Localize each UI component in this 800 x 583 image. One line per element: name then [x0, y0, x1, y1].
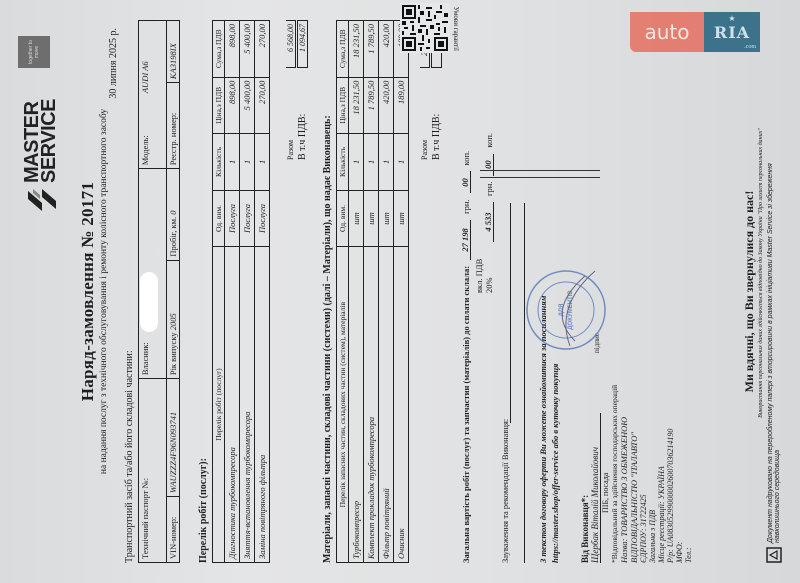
- works-row: Заміна повітряного фільтраПослуга1270,00…: [255, 21, 270, 563]
- works-col-sum: Сума,з ПДВ: [213, 21, 225, 78]
- brand-tagline: together to move: [28, 36, 40, 68]
- footer-eco: Документ надруковано на переробленому па…: [767, 163, 781, 543]
- materials-cell-name: Комплект прокладок турбокомпресора: [364, 247, 379, 563]
- watermark-auto: auto: [630, 12, 704, 52]
- footer-eco-line-1: Документ надруковано на переробленому па…: [767, 163, 774, 543]
- grand-total-kop-label: коп.: [461, 151, 471, 166]
- watermark-domain: .com: [744, 44, 756, 50]
- executor-label: Від Виконавця*:: [580, 333, 590, 563]
- works-cell-sum: 898,00: [225, 21, 240, 78]
- materials-cell-unit: шт: [349, 190, 364, 247]
- footer-privacy: Використання персональних даних здійснює…: [758, 3, 764, 543]
- materials-cell-sum: 18 231,50: [349, 21, 364, 78]
- grand-total-vat-label: вкл. ПДВ 20%: [474, 248, 494, 293]
- materials-cell-price: 189,00: [394, 77, 409, 134]
- works-cell-price: 270,00: [255, 77, 270, 134]
- works-cell-qty: 1: [240, 134, 255, 191]
- grand-total-vat-currency: грн.: [484, 182, 494, 196]
- works-cell-unit: Послуга: [225, 190, 240, 247]
- grand-total-currency: грн.: [461, 199, 471, 213]
- works-col-qty: Кількість: [213, 134, 225, 191]
- owner-cell: Власник:: [139, 169, 167, 379]
- work-order-document: MASTER SERVICE together to move Наряд-за…: [0, 0, 800, 583]
- executor-block: Від Виконавця*: Щербак Віталій Миколайов…: [580, 333, 693, 563]
- materials-cell-price: 1 789,50: [364, 77, 379, 134]
- materials-cell-qty: 1: [379, 134, 394, 191]
- vin-value: WAUZZZ4F96N093741: [167, 379, 180, 497]
- works-cell-qty: 1: [225, 134, 240, 191]
- remarks-label: Зауваження та рекомендації Виконавця:: [500, 419, 510, 563]
- owner-label: Власник:: [140, 342, 150, 375]
- brand-tagline-box: together to move: [18, 36, 50, 68]
- materials-total-label: Разом: [420, 140, 430, 160]
- mileage-cell: Пробіг, км. 0: [167, 169, 180, 260]
- works-cell-sum: 270,00: [255, 21, 270, 78]
- executor-name: Щербак Віталій Миколайович: [590, 413, 601, 563]
- watermark-star-icon: ★: [728, 14, 735, 23]
- materials-vat-label: В т.ч ПДВ:: [431, 114, 442, 160]
- materials-cell-qty: 1: [364, 134, 379, 191]
- materials-row: Комплект прокладок турбокомпресорашт11 7…: [364, 21, 379, 563]
- company-line-1: ТОВАРИСТВО З ОБМЕЖЕНОЮ: [619, 417, 629, 537]
- mileage-label: Пробіг, км.: [168, 217, 178, 257]
- grand-total-vat-kop: 00: [483, 154, 494, 176]
- document-date: 30 липня 2025 р.: [108, 28, 119, 99]
- materials-cell-unit: шт: [394, 190, 409, 247]
- grand-total-vat-kop-label: коп.: [484, 133, 494, 148]
- materials-row: Фільтр повітрянийшт1420,00420,00: [379, 21, 394, 563]
- works-vat-value: 1 094,67: [297, 20, 308, 68]
- works-cell-name: Заміна повітряного фільтра: [255, 247, 270, 563]
- grand-total-uah: 27 198: [460, 220, 471, 260]
- grand-total-label: Загальна вартість робіт (послуг) та запч…: [461, 266, 471, 563]
- materials-section-label: Матеріали, запасні частини, складові час…: [322, 115, 333, 563]
- grand-total-block: Загальна вартість робіт (послуг) та запч…: [460, 133, 494, 563]
- owner-redacted: [140, 272, 158, 332]
- tech-passport-label: Технічний паспорт №:: [140, 478, 150, 559]
- year-cell: Рік випуску 2005: [167, 260, 180, 379]
- materials-cell-price: 18 231,50: [349, 77, 364, 134]
- watermark-ria: RIA ★ .com: [704, 12, 760, 52]
- works-totals: Разом 6 568,00 В т.ч ПДВ: 1 094,67: [286, 20, 308, 160]
- master-service-logo-icon: [24, 187, 58, 213]
- document-title: Наряд-замовлення № 20171: [78, 0, 98, 583]
- company-line-2: ВІДПОВІДАЛЬНІСТЮ "ІТАЛАВТО": [629, 333, 639, 563]
- materials-col-sum: Сума,з ПДВ: [337, 21, 349, 78]
- company-phone: Тел.:: [684, 333, 693, 563]
- vin-label: VIN-номер:: [167, 497, 180, 563]
- works-col-name: Перелік робіт (послуг): [213, 247, 225, 563]
- company-account: Р/р: UA083052990000026007036214190: [666, 333, 675, 563]
- vehicle-table: Технічний паспорт №: Власник: Модель: AU…: [138, 20, 180, 563]
- remarks-line: [510, 203, 511, 423]
- materials-cell-unit: шт: [379, 190, 394, 247]
- works-vat-label: В т.ч ПДВ:: [297, 114, 308, 160]
- works-table: Перелік робіт (послуг) Од. вим. Кількіст…: [212, 20, 270, 563]
- materials-col-name: Перелік запасних частин, складових части…: [337, 247, 349, 563]
- works-col-unit: Од. вим.: [213, 190, 225, 247]
- materials-table: Перелік запасних частин, складових части…: [336, 20, 409, 563]
- executor-pib-label: ПІБ, посада: [601, 333, 610, 513]
- works-row: Зняття-встановлення турбокомпресораПослу…: [240, 21, 255, 563]
- grand-total-kop: 00: [460, 171, 471, 193]
- works-col-price: Ціна,з ПДВ: [213, 77, 225, 134]
- materials-cell-name: Фільтр повітряний: [379, 247, 394, 563]
- year-label: Рік випуску: [168, 332, 178, 375]
- materials-cell-qty: 1: [394, 134, 409, 191]
- works-cell-sum: 5 400,00: [240, 21, 255, 78]
- works-row: Діагностика турбокомпресораПослуга1898,0…: [225, 21, 240, 563]
- works-cell-unit: Послуга: [240, 190, 255, 247]
- divider-2: [480, 170, 600, 171]
- footer-thanks: Ми вдячні, що Ви звернулися до нас!: [742, 0, 757, 583]
- works-total-label: Разом: [286, 140, 296, 160]
- works-cell-name: Зняття-встановлення турбокомпресора: [240, 247, 255, 563]
- works-cell-name: Діагностика турбокомпресора: [225, 247, 240, 563]
- materials-cell-price: 420,00: [379, 77, 394, 134]
- works-cell-qty: 1: [255, 134, 270, 191]
- materials-cell-name: Турбокомпресор: [349, 247, 364, 563]
- materials-cell-sum: 420,00: [379, 21, 394, 78]
- works-section-label: Перелік робіт (послуг):: [198, 458, 209, 563]
- materials-col-price: Ціна,з ПДВ: [337, 77, 349, 134]
- model-cell: Модель: AUDI A6: [139, 21, 167, 169]
- year-value: 2005: [168, 313, 178, 330]
- works-cell-unit: Послуга: [255, 190, 270, 247]
- brand-name-line2: SERVICE: [41, 99, 58, 183]
- divider: [480, 177, 600, 178]
- materials-cell-sum: 1 789,50: [364, 21, 379, 78]
- brand-name: MASTER SERVICE: [24, 99, 58, 183]
- watermark-ria-text: RIA: [714, 23, 750, 42]
- recycle-icon: [766, 547, 782, 563]
- works-cell-price: 5 400,00: [240, 77, 255, 134]
- warranty-qr-code-icon: [400, 3, 450, 53]
- model-label: Модель:: [140, 135, 150, 165]
- grand-total-vat-uah: 4 533: [483, 202, 494, 242]
- tech-passport-cell: Технічний паспорт №:: [139, 379, 167, 563]
- company-label: Назва:: [619, 539, 629, 563]
- reg-label: Реєстр. номер:: [167, 83, 180, 169]
- company-vat-status: Загальна з ПДВ: [648, 333, 657, 563]
- executor-signature-label: підпис: [593, 333, 601, 353]
- mileage-value: 0: [168, 211, 178, 215]
- works-total-value: 6 568,00: [286, 20, 296, 68]
- remarks-line-2: [524, 203, 525, 563]
- svg-text:ДОКУМЕНТІВ: ДОКУМЕНТІВ: [568, 290, 574, 330]
- company-edrpou: ЄДРПОУ: 31722425: [639, 333, 648, 563]
- materials-row: Турбокомпресоршт118 231,5018 231,50: [349, 21, 364, 563]
- reg-value: KA3198IX: [167, 21, 180, 83]
- qr-caption: Умови гарантії: [452, 7, 460, 51]
- materials-row: Очисникшт1189,00189,00: [394, 21, 409, 563]
- materials-col-qty: Кількість: [337, 134, 349, 191]
- materials-col-unit: Од. вим.: [337, 190, 349, 247]
- company-registration: Місце реєстрації: УКРАЇНА: [657, 333, 666, 563]
- autoria-watermark: auto RIA ★ .com: [630, 12, 760, 52]
- vehicle-section-label: Транспортний засіб та/або його складові …: [124, 350, 135, 563]
- model-value: AUDI A6: [140, 61, 150, 93]
- materials-cell-name: Очисник: [394, 247, 409, 563]
- materials-cell-qty: 1: [349, 134, 364, 191]
- company-mfo: МФО:: [675, 333, 684, 563]
- executor-note: *Відповідальний за здійснення господарсь…: [610, 333, 619, 563]
- works-cell-price: 898,00: [225, 77, 240, 134]
- footer-eco-line-2: навколишнього середовища: [774, 163, 781, 543]
- offer-link[interactable]: https://master.shop/offer-service або в …: [550, 364, 560, 563]
- materials-cell-unit: шт: [364, 190, 379, 247]
